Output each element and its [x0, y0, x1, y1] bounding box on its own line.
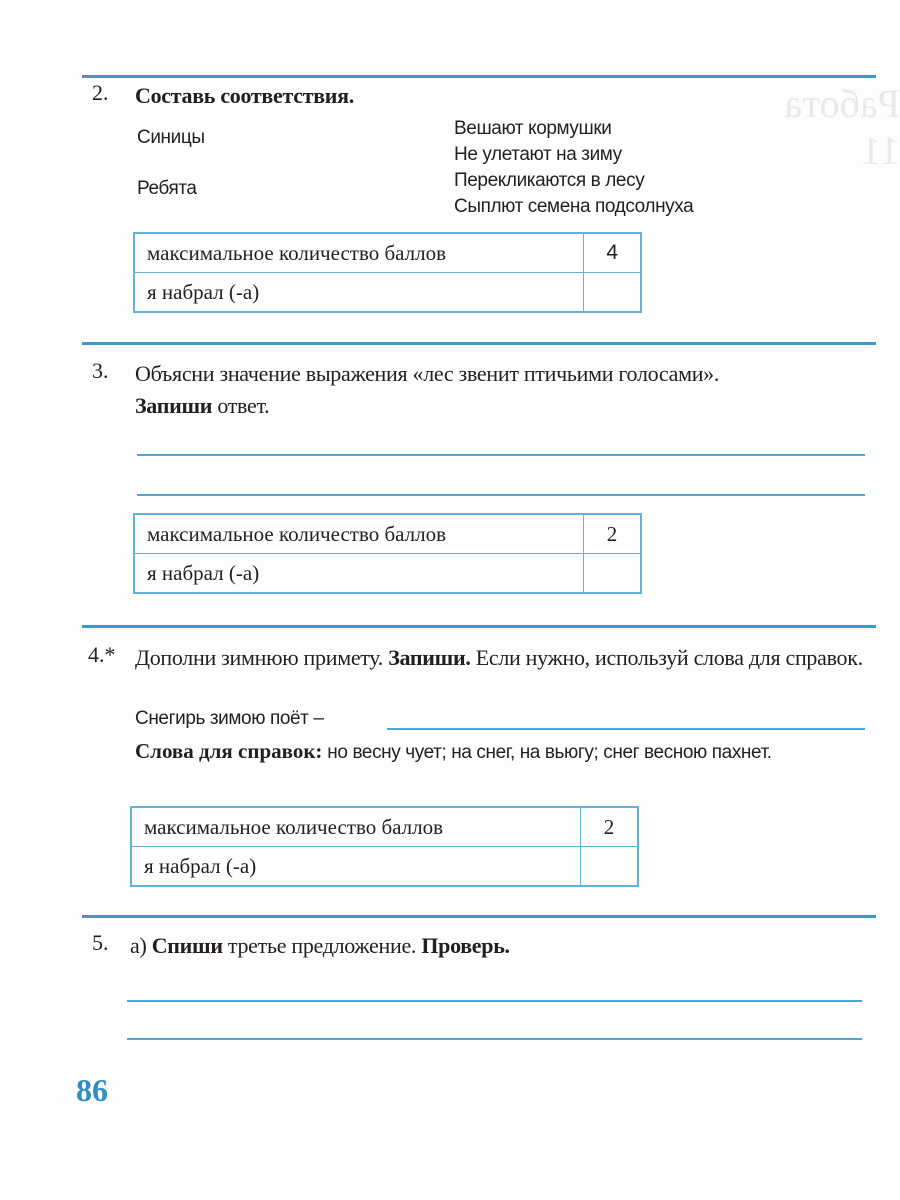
task-number: 5.	[92, 930, 109, 956]
task-title: Составь соответствия.	[135, 80, 870, 112]
answer-line[interactable]	[137, 494, 865, 496]
task-5: 5. а) Спиши третье предложение. Проверь.	[80, 930, 870, 1050]
page-number: 86	[76, 1072, 108, 1109]
max-points-label: максимальное количество баллов	[134, 514, 584, 554]
match-left-item[interactable]: Синицы	[137, 127, 205, 149]
max-points-value: 2	[584, 514, 642, 554]
task-text: Дополни зимнюю примету. Запиши. Если нуж…	[135, 642, 870, 674]
earned-points-field[interactable]	[581, 847, 639, 887]
max-points-value: 4	[584, 233, 642, 273]
match-right-item[interactable]: Не улетают на зиму	[454, 144, 622, 166]
earned-points-label: я набрал (-а)	[134, 273, 584, 313]
task-3: 3. Объясни значение выражения «лес звени…	[80, 356, 870, 606]
match-right-item[interactable]: Вешают кормушки	[454, 118, 611, 140]
match-right-item[interactable]: Сыплют семена подсолнуха	[454, 196, 693, 218]
prompt-text: Снегирь зимою поёт –	[135, 708, 324, 730]
answer-line[interactable]	[127, 1000, 862, 1002]
prompt-answer-line[interactable]	[387, 728, 865, 730]
task-text: Объясни значение выражения «лес звенит п…	[135, 358, 870, 422]
earned-points-field[interactable]	[584, 273, 642, 313]
earned-points-field[interactable]	[584, 554, 642, 594]
task-number: 4.*	[88, 642, 116, 668]
match-left-item[interactable]: Ребята	[137, 178, 197, 200]
section-divider	[82, 915, 876, 918]
score-table: максимальное количество баллов 4 я набра…	[133, 232, 642, 313]
max-points-label: максимальное количество баллов	[131, 807, 581, 847]
earned-points-label: я набрал (-а)	[134, 554, 584, 594]
section-divider	[82, 75, 876, 78]
earned-points-label: я набрал (-а)	[131, 847, 581, 887]
task-number: 2.	[92, 80, 109, 106]
score-table: максимальное количество баллов 2 я набра…	[130, 806, 639, 887]
match-right-item[interactable]: Перекликаются в лесу	[454, 170, 644, 192]
answer-line[interactable]	[137, 454, 865, 456]
score-table: максимальное количество баллов 2 я набра…	[133, 513, 642, 594]
task-number: 3.	[92, 358, 109, 384]
answer-line[interactable]	[127, 1038, 862, 1040]
section-divider	[82, 342, 876, 345]
hint-text: Слова для справок: но весну чует; на сне…	[135, 738, 835, 767]
section-divider	[82, 625, 876, 628]
task-text: а) Спиши третье предложение. Проверь.	[130, 930, 865, 962]
max-points-label: максимальное количество баллов	[134, 233, 584, 273]
max-points-value: 2	[581, 807, 639, 847]
task-4: 4.* Дополни зимнюю примету. Запиши. Если…	[80, 642, 870, 902]
task-2: 2. Составь соответствия. Синицы Ребята В…	[80, 80, 870, 320]
